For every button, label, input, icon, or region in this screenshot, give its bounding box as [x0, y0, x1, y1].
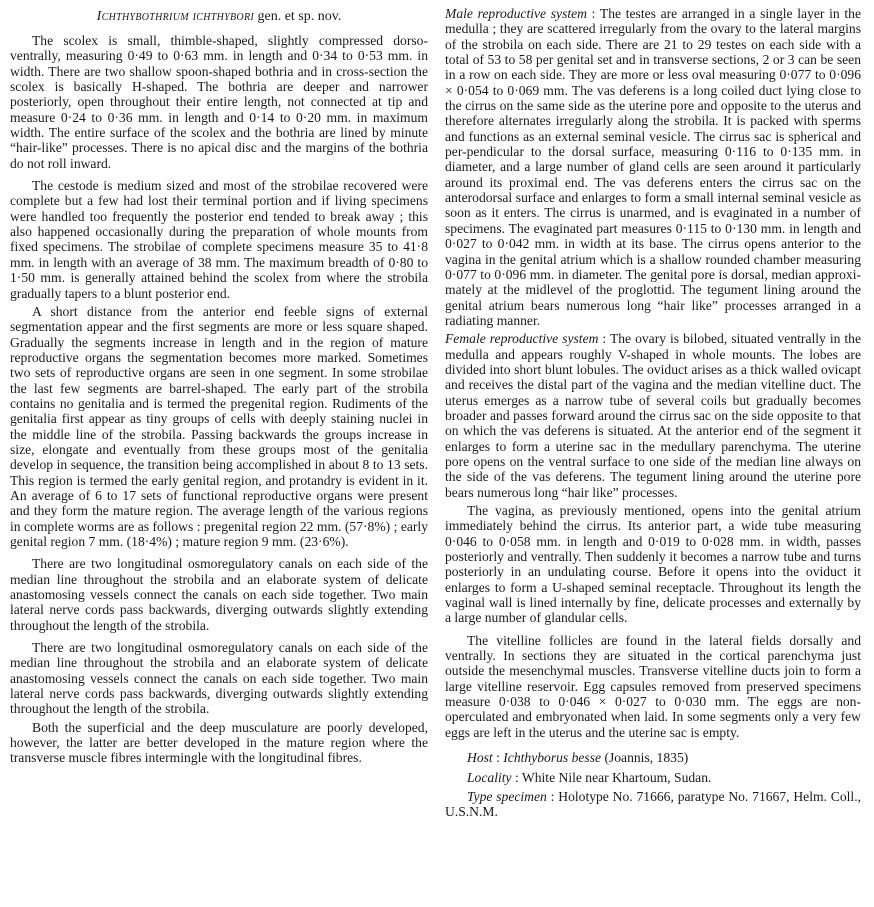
- locality-label: Locality: [467, 770, 512, 785]
- male-reproductive-paragraph: Male reproductive system : The testes ar…: [445, 6, 861, 328]
- vitelline-paragraph: The vitelline follicles are found in the…: [445, 633, 861, 740]
- musculature-paragraph: Both the superficial and the deep muscul…: [10, 720, 428, 766]
- vagina-paragraph: The vagina, as previously mentioned, ope…: [445, 503, 861, 626]
- type-specimen-label: Type specimen: [467, 789, 547, 804]
- right-column: Male reproductive system : The testes ar…: [445, 6, 861, 820]
- journal-page: Ichthybothrium ichthybori gen. et sp. no…: [0, 0, 874, 907]
- species-title: Ichthybothrium ichthybori gen. et sp. no…: [10, 6, 428, 25]
- strobila-paragraph: The cestode is medium sized and most of …: [10, 178, 428, 301]
- scolex-paragraph: The scolex is small, thimble-shaped, sli…: [10, 33, 428, 171]
- osmoregulatory-paragraph-repeat: There are two longitudinal osmoregulator…: [10, 640, 428, 717]
- male-heading: Male reproductive system: [445, 6, 587, 21]
- left-column: Ichthybothrium ichthybori gen. et sp. no…: [10, 6, 428, 766]
- host-label: Host: [467, 750, 493, 765]
- host-line: Host : Ichthyborus besse (Joannis, 1835): [445, 750, 861, 765]
- locality-value: White Nile near Khartoum, Sudan.: [522, 770, 712, 785]
- female-reproductive-paragraph: Female reproductive system : The ovary i…: [445, 331, 861, 500]
- species-status: gen. et sp. nov.: [254, 9, 341, 24]
- female-heading: Female reproductive system: [445, 331, 598, 346]
- female-text: The ovary is bilobed, situated ventrally…: [445, 331, 861, 499]
- osmoregulatory-paragraph: There are two longitudinal osmoregulator…: [10, 556, 428, 633]
- type-specimen-line: Type specimen : Holotype No. 71666, para…: [445, 789, 861, 820]
- male-text: The testes are arranged in a single laye…: [445, 6, 861, 328]
- segmentation-paragraph: A short distance from the anterior end f…: [10, 304, 428, 550]
- species-name: Ichthybothrium ichthybori: [97, 9, 254, 24]
- host-species: Ichthyborus besse: [503, 750, 601, 765]
- locality-line: Locality : White Nile near Khartoum, Sud…: [445, 770, 861, 785]
- host-authority: (Joannis, 1835): [601, 750, 688, 765]
